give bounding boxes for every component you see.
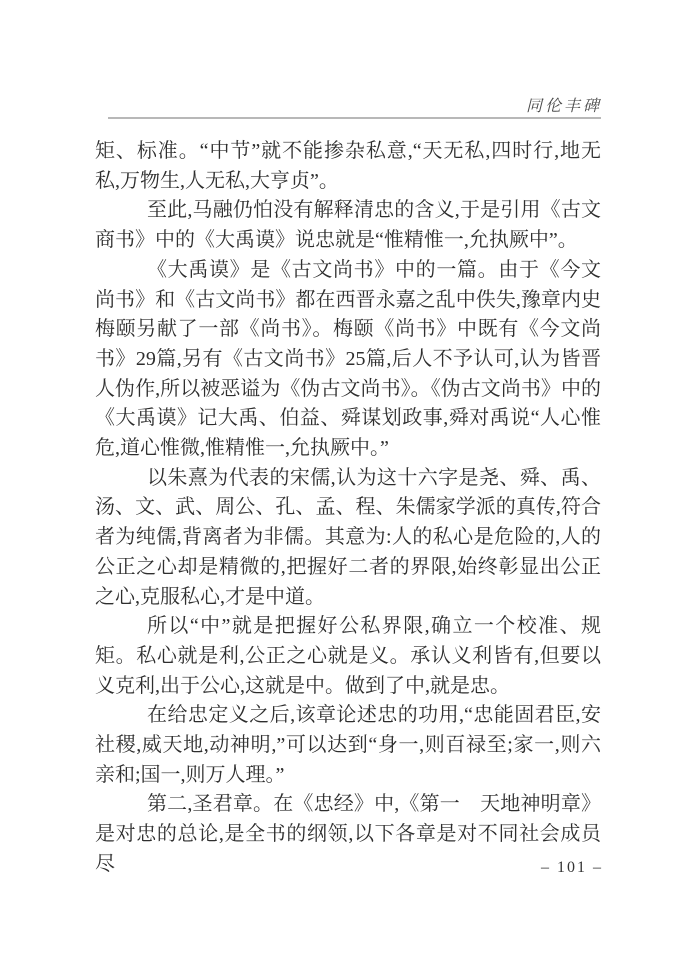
- paragraph-6: 在给忠定义之后,该章论述忠的功用,“忠能固君臣,安社稷,威天地,动神明,”可以达…: [95, 701, 601, 790]
- paragraph-4: 以朱熹为代表的宋儒,认为这十六字是尧、舜、禹、汤、文、武、周公、孔、孟、程、朱儒…: [95, 464, 601, 613]
- paragraph-2: 至此,马融仍怕没有解释清忠的含义,于是引用《古文商书》中的《大禹谟》说忠就是“惟…: [95, 196, 601, 255]
- header-rule: [108, 117, 601, 119]
- running-header-title: 同伦丰碑: [108, 93, 602, 116]
- paragraph-7: 第二,圣君章。在《忠经》中,《第一 天地神明章》是对忠的总论,是全书的纲领,以下…: [95, 790, 601, 879]
- paragraph-continuation: 矩、标准。“中节”就不能掺杂私意,“天无私,四时行,地无私,万物生,人无私,大亨…: [95, 137, 601, 196]
- paragraph-3: 《大禹谟》是《古文尚书》中的一篇。由于《今文尚书》和《古文尚书》都在西晋永嘉之乱…: [95, 256, 601, 464]
- book-page: 同伦丰碑 矩、标准。“中节”就不能掺杂私意,“天无私,四时行,地无私,万物生,人…: [0, 0, 692, 968]
- paragraph-5: 所以“中”就是把握好公私界限,确立一个校准、规矩。私心就是利,公正之心就是义。承…: [95, 612, 601, 701]
- page-number: – 101 –: [541, 859, 603, 877]
- body-text: 矩、标准。“中节”就不能掺杂私意,“天无私,四时行,地无私,万物生,人无私,大亨…: [95, 137, 601, 880]
